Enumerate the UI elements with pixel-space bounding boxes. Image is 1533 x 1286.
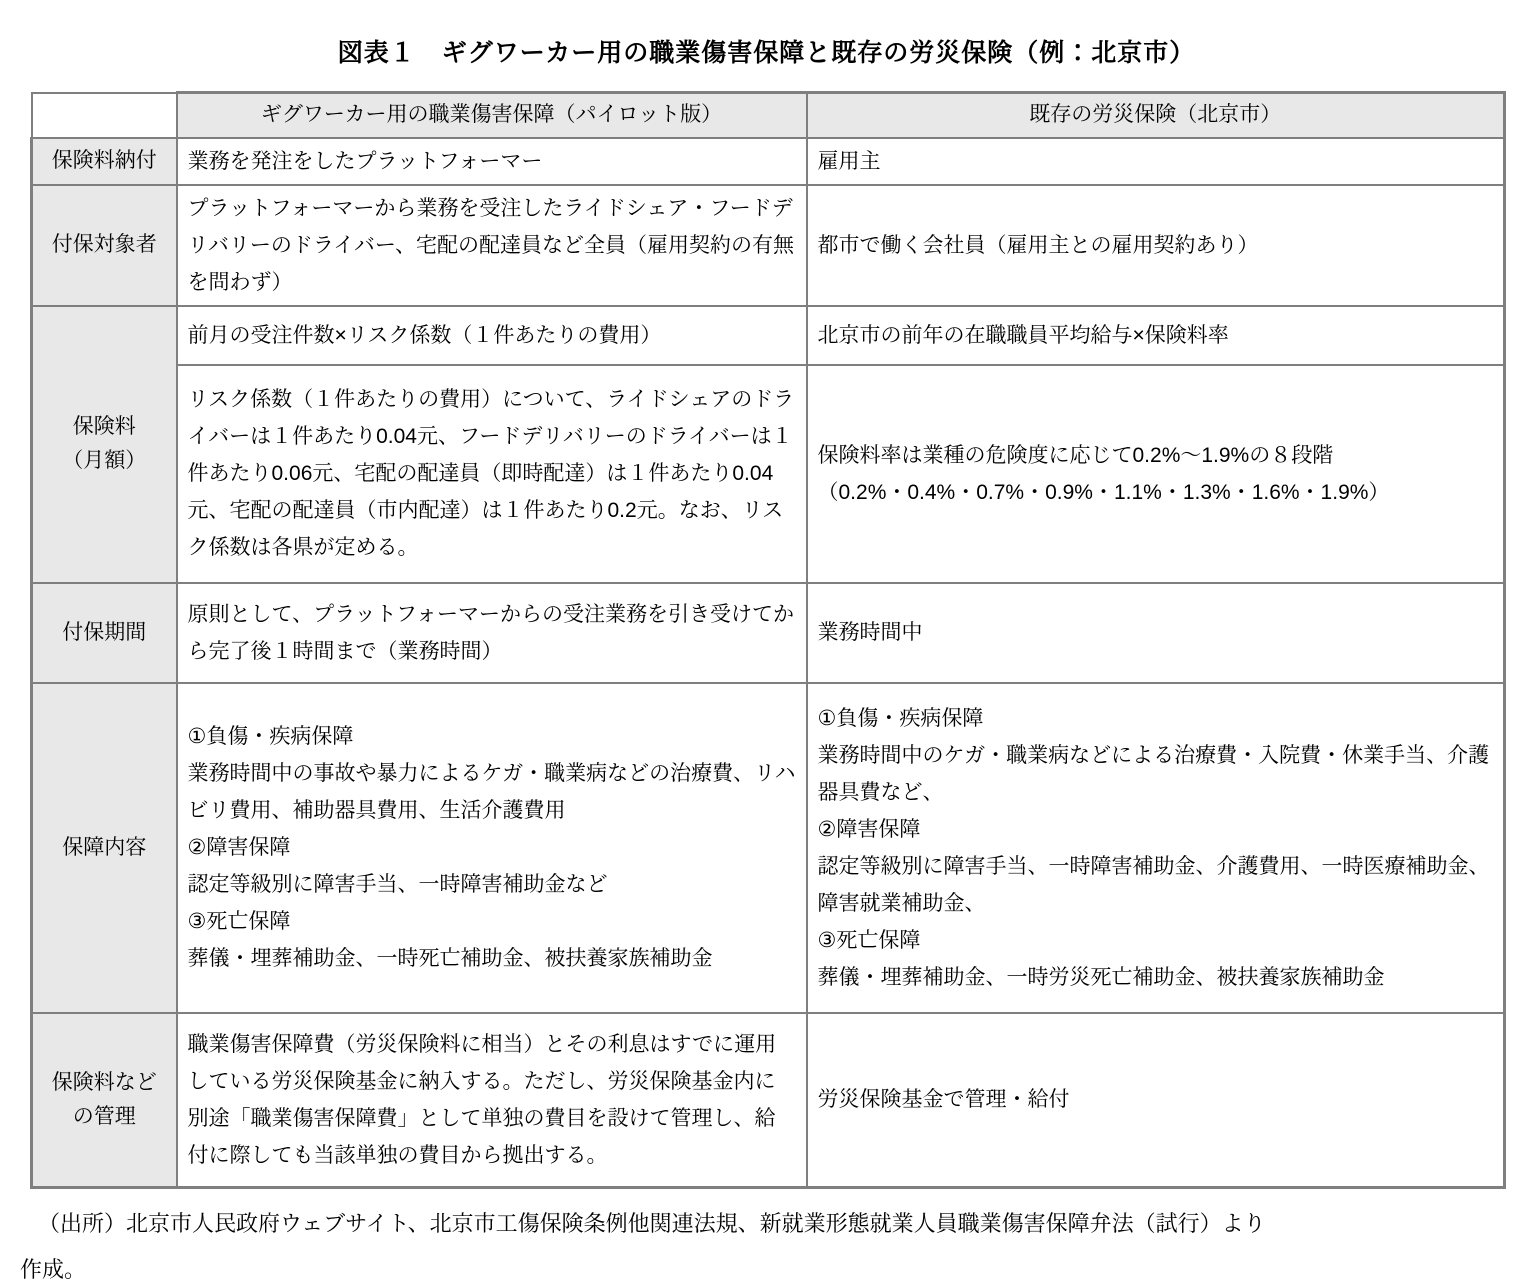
row-label-premium-monthly: 保険料 （月額） [32,306,177,583]
table-row-coverage-details: 保障内容 ①負傷・疾病保障 業務時間中の事故や暴力によるケガ・職業病などの治療費… [32,683,1505,1013]
cell-premium-payer-pilot: 業務を発注をしたプラットフォーマー [177,138,807,185]
column-header-existing: 既存の労災保険（北京市） [807,93,1505,138]
cell-coverage-details-pilot: ①負傷・疾病保障 業務時間中の事故や暴力によるケガ・職業病などの治療費、リハビリ… [177,683,807,1013]
cell-covered-persons-existing: 都市で働く会社員（雇用主との雇用契約あり） [807,185,1505,306]
row-label-coverage-period: 付保期間 [32,583,177,683]
row-label-coverage-details: 保障内容 [32,683,177,1013]
cell-premium-management-pilot: 職業傷害保障費（労災保険料に相当）とその利息はすでに運用している労災保険基金に納… [177,1013,807,1188]
cell-coverage-details-existing: ①負傷・疾病保障 業務時間中のケガ・職業病などによる治療費・入院費・休業手当、介… [807,683,1505,1013]
cell-premium-payer-existing: 雇用主 [807,138,1505,185]
column-header-pilot: ギグワーカー用の職業傷害保障（パイロット版） [177,93,807,138]
row-label-premium-payer: 保険料納付 [32,138,177,185]
cell-coverage-period-existing: 業務時間中 [807,583,1505,683]
cell-premium-detail-existing: 保険料率は業種の危険度に応じて0.2%～1.9%の８段階 （0.2%・0.4%・… [807,365,1505,583]
figure-title: 図表１ ギグワーカー用の職業傷害保障と既存の労災保険（例：北京市） [0,0,1533,69]
table-row-premium-monthly-formula: 保険料 （月額） 前月の受注件数×リスク係数（１件あたりの費用） 北京市の前年の… [32,306,1505,365]
comparison-table: ギグワーカー用の職業傷害保障（パイロット版） 既存の労災保険（北京市） 保険料納… [30,91,1506,1189]
corner-spacer [32,93,177,138]
cell-premium-formula-existing: 北京市の前年の在職職員平均給与×保険料率 [807,306,1505,365]
table-row-coverage-period: 付保期間 原則として、プラットフォーマーからの受注業務を引き受けてから完了後１時… [32,583,1505,683]
figure-page: 図表１ ギグワーカー用の職業傷害保障と既存の労災保険（例：北京市） ギグワーカー… [0,0,1533,1286]
row-label-premium-management: 保険料など の管理 [32,1013,177,1188]
cell-premium-formula-pilot: 前月の受注件数×リスク係数（１件あたりの費用） [177,306,807,365]
row-label-covered-persons: 付保対象者 [32,185,177,306]
table-row-premium-payer: 保険料納付 業務を発注をしたプラットフォーマー 雇用主 [32,138,1505,185]
table-row-covered-persons: 付保対象者 プラットフォーマーから業務を受注したライドシェア・フードデリバリーの… [32,185,1505,306]
cell-coverage-period-pilot: 原則として、プラットフォーマーからの受注業務を引き受けてから完了後１時間まで（業… [177,583,807,683]
cell-premium-detail-pilot: リスク係数（１件あたりの費用）について、ライドシェアのドライバーは１件あたり0.… [177,365,807,583]
source-note: （出所）北京市人民政府ウェブサイト、北京市工傷保険条例他関連法規、新就業形態就業… [20,1201,1503,1286]
table-row-premium-management: 保険料など の管理 職業傷害保障費（労災保険料に相当）とその利息はすでに運用して… [32,1013,1505,1188]
cell-covered-persons-pilot: プラットフォーマーから業務を受注したライドシェア・フードデリバリーのドライバー、… [177,185,807,306]
header-row: ギグワーカー用の職業傷害保障（パイロット版） 既存の労災保険（北京市） [32,93,1505,138]
table-row-premium-monthly-detail: リスク係数（１件あたりの費用）について、ライドシェアのドライバーは１件あたり0.… [32,365,1505,583]
cell-premium-management-existing: 労災保険基金で管理・給付 [807,1013,1505,1188]
